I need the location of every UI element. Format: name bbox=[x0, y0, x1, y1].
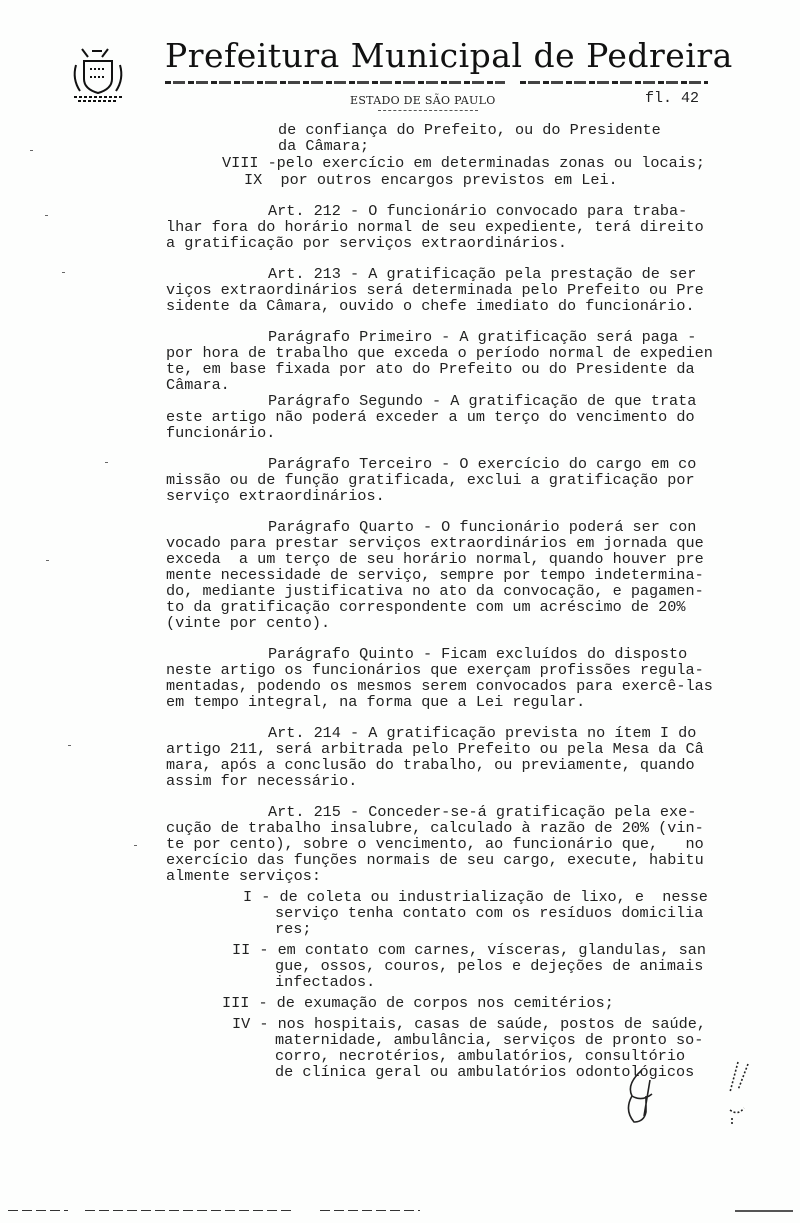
text-line: serviço extraordinários. bbox=[166, 488, 385, 504]
scan-speck bbox=[134, 845, 137, 846]
text-line: Câmara. bbox=[166, 377, 230, 393]
text-line: II - em contato com carnes, vísceras, gl… bbox=[232, 942, 706, 958]
document-page: Prefeitura Municipal de Pedreira ESTADO … bbox=[0, 0, 800, 1223]
text-line: Parágrafo Quinto - Ficam excluídos do di… bbox=[268, 646, 687, 662]
text-line: este artigo não poderá exceder a um terç… bbox=[166, 409, 695, 425]
text-line: I - de coleta ou industrialização de lix… bbox=[243, 889, 708, 905]
text-line: Parágrafo Primeiro - A gratificação será… bbox=[268, 329, 696, 345]
text-line: Parágrafo Terceiro - O exercício do carg… bbox=[268, 456, 696, 472]
text-line: viços extraordinários será determinada p… bbox=[166, 282, 704, 298]
text-line: cução de trabalho insalubre, calculado à… bbox=[166, 820, 704, 836]
letterhead-rule bbox=[165, 81, 505, 84]
text-line: assim for necessário. bbox=[166, 773, 357, 789]
letterhead-rule bbox=[520, 81, 708, 84]
text-line: por hora de trabalho que exceda o períod… bbox=[166, 345, 713, 361]
text-line: artigo 211, será arbitrada pelo Prefeito… bbox=[166, 741, 704, 757]
text-line: em tempo integral, na forma que a Lei re… bbox=[166, 694, 585, 710]
text-line: III - de exumação de corpos nos cemitéri… bbox=[222, 995, 614, 1011]
coat-of-arms-icon bbox=[68, 45, 128, 105]
handwritten-initials-icon bbox=[610, 1060, 780, 1130]
text-line: mara, após a conclusão do trabalho, ou p… bbox=[166, 757, 695, 773]
text-line: Art. 215 - Conceder-se-á gratificação pe… bbox=[268, 804, 696, 820]
text-line: da Câmara; bbox=[278, 138, 369, 154]
text-line: funcionário. bbox=[166, 425, 275, 441]
scan-speck bbox=[105, 462, 108, 463]
scan-speck bbox=[68, 745, 71, 746]
text-line: IX por outros encargos previstos em Lei. bbox=[244, 172, 618, 188]
text-line: almente serviços: bbox=[166, 868, 321, 884]
text-line: neste artigo os funcionários que exerçam… bbox=[166, 662, 704, 678]
text-line: Art. 212 - O funcionário convocado para … bbox=[268, 203, 687, 219]
scan-edge bbox=[320, 1210, 420, 1211]
text-line: de confiança do Prefeito, ou do Presiden… bbox=[278, 122, 661, 138]
text-line: te por cento), sobre o vencimento, ao fu… bbox=[166, 836, 704, 852]
text-line: mentadas, podendo os mesmos serem convoc… bbox=[166, 678, 713, 694]
text-line: infectados. bbox=[275, 974, 375, 990]
scan-edge bbox=[735, 1210, 793, 1212]
text-line: missão ou de função gratificada, exclui … bbox=[166, 472, 695, 488]
text-line: a gratificação por serviços extraordinár… bbox=[166, 235, 567, 251]
text-line: sidente da Câmara, ouvido o chefe imedia… bbox=[166, 298, 695, 314]
scan-speck bbox=[30, 150, 33, 151]
text-line: VIII -pelo exercício em determinadas zon… bbox=[222, 155, 705, 171]
text-line: vocado para prestar serviços extraordiná… bbox=[166, 535, 704, 551]
text-line: serviço tenha contato com os resíduos do… bbox=[275, 905, 703, 921]
scan-edge bbox=[85, 1210, 295, 1211]
text-line: exercício das funções normais de seu car… bbox=[166, 852, 704, 868]
text-line: IV - nos hospitais, casas de saúde, post… bbox=[232, 1016, 706, 1032]
text-line: Parágrafo Quarto - O funcionário poderá … bbox=[268, 519, 696, 535]
scan-speck bbox=[62, 272, 65, 273]
scan-edge bbox=[8, 1210, 68, 1211]
text-line: mente necessidade de serviço, sempre por… bbox=[166, 567, 704, 583]
text-line: te, em base fixada por ato do Prefeito o… bbox=[166, 361, 695, 377]
text-line: gue, ossos, couros, pelos e dejeções de … bbox=[275, 958, 703, 974]
scan-speck bbox=[45, 215, 48, 216]
text-line: Parágrafo Segundo - A gratificação de qu… bbox=[268, 393, 696, 409]
text-line: Art. 214 - A gratificação prevista no ít… bbox=[268, 725, 696, 741]
text-line: (vinte por cento). bbox=[166, 615, 330, 631]
folio-number: fl. 42 bbox=[645, 90, 699, 107]
text-line: Art. 213 - A gratificação pela prestação… bbox=[268, 266, 696, 282]
text-line: res; bbox=[275, 921, 311, 937]
text-line: maternidade, ambulância, serviços de pro… bbox=[275, 1032, 703, 1048]
text-line: exceda a um terço de seu horário normal,… bbox=[166, 551, 704, 567]
text-line: lhar fora do horário normal de seu exped… bbox=[166, 219, 704, 235]
state-name: ESTADO DE SÃO PAULO bbox=[350, 94, 496, 107]
text-line: to da gratificação correspondente com um… bbox=[166, 599, 686, 615]
state-underline bbox=[378, 110, 478, 112]
scan-speck bbox=[46, 560, 49, 561]
text-line: do, mediante justificativa no ato da con… bbox=[166, 583, 704, 599]
letterhead-title: Prefeitura Municipal de Pedreira bbox=[165, 36, 733, 75]
